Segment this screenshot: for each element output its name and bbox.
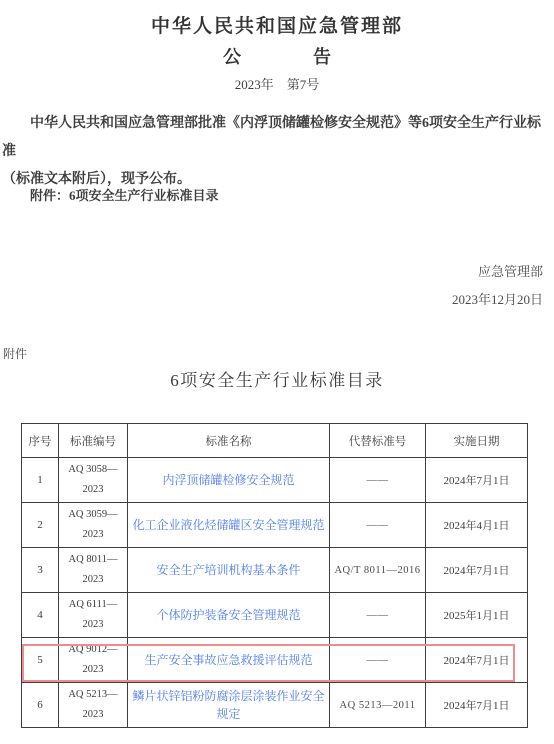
- replaced-standard: AQ/T 8011—2016: [330, 548, 426, 593]
- implementation-date: 2025年1月1日: [426, 593, 528, 638]
- standards-table: 序号 标准编号 标准名称 代替标准号 实施日期 1 AQ 3058— 2023 …: [21, 423, 528, 728]
- table-row-highlighted: 5 AQ 9012— 2023 生产安全事故应急救援评估规范 —— 2024年7…: [22, 638, 528, 683]
- standard-code: AQ 8011— 2023: [59, 548, 128, 593]
- col-header-index: 序号: [22, 424, 59, 458]
- col-header-replaced-standard: 代替标准号: [330, 424, 426, 458]
- row-index: 5: [22, 638, 59, 683]
- attachment-label: 附件: [3, 345, 27, 362]
- table-row: 4 AQ 6111— 2023 个体防护装备安全管理规范 —— 2025年1月1…: [22, 593, 528, 638]
- signature-date: 2023年12月20日: [452, 286, 543, 314]
- table-row: 1 AQ 3058— 2023 内浮顶储罐检修安全规范 —— 2024年7月1日: [22, 458, 528, 503]
- replaced-standard: ——: [330, 638, 426, 683]
- standard-name-link[interactable]: 个体防护装备安全管理规范: [156, 608, 300, 622]
- implementation-date: 2024年7月1日: [426, 548, 528, 593]
- announcement-heading: 公 告: [0, 43, 554, 69]
- row-index: 6: [22, 683, 59, 728]
- row-index: 4: [22, 593, 59, 638]
- replaced-standard: ——: [330, 593, 426, 638]
- col-header-standard-name: 标准名称: [128, 424, 330, 458]
- row-index: 2: [22, 503, 59, 548]
- standard-code: AQ 5213— 2023: [59, 683, 128, 728]
- table-row: 2 AQ 3059— 2023 化工企业液化烃储罐区安全管理规范 —— 2024…: [22, 503, 528, 548]
- col-header-implementation-date: 实施日期: [426, 424, 528, 458]
- implementation-date: 2024年7月1日: [426, 638, 528, 683]
- standard-name-link[interactable]: 鳞片状锌铝粉防腐涂层涂装作业安全规定: [132, 689, 324, 721]
- attachment-reference: 附件：6项安全生产行业标准目录: [30, 185, 219, 204]
- signature-block: 应急管理部 2023年12月20日: [452, 258, 543, 314]
- standard-name-link[interactable]: 安全生产培训机构基本条件: [156, 563, 300, 577]
- table-header-row: 序号 标准编号 标准名称 代替标准号 实施日期: [22, 424, 528, 458]
- table-row: 3 AQ 8011— 2023 安全生产培训机构基本条件 AQ/T 8011—2…: [22, 548, 528, 593]
- row-index: 3: [22, 548, 59, 593]
- document-title: 中华人民共和国应急管理部: [0, 11, 554, 38]
- signature-agency: 应急管理部: [452, 258, 543, 286]
- standard-code: AQ 9012— 2023: [59, 638, 128, 683]
- implementation-date: 2024年7月1日: [426, 683, 528, 728]
- implementation-date: 2024年7月1日: [426, 458, 528, 503]
- row-index: 1: [22, 458, 59, 503]
- replaced-standard: ——: [330, 503, 426, 548]
- replaced-standard: AQ 5213—2011: [330, 683, 426, 728]
- col-header-standard-code: 标准编号: [59, 424, 128, 458]
- body-paragraph: 中华人民共和国应急管理部批准《内浮顶储罐检修安全规范》等6项安全生产行业标准 （…: [2, 110, 542, 194]
- standard-code: AQ 6111— 2023: [59, 593, 128, 638]
- standard-code: AQ 3059— 2023: [59, 503, 128, 548]
- replaced-standard: ——: [330, 458, 426, 503]
- implementation-date: 2024年4月1日: [426, 503, 528, 548]
- standard-name-link[interactable]: 化工企业液化烃储罐区安全管理规范: [132, 518, 324, 532]
- standard-name-link[interactable]: 生产安全事故应急救援评估规范: [144, 653, 312, 667]
- standard-code: AQ 3058— 2023: [59, 458, 128, 503]
- table-title: 6项安全生产行业标准目录: [0, 366, 554, 391]
- table-row: 6 AQ 5213— 2023 鳞片状锌铝粉防腐涂层涂装作业安全规定 AQ 52…: [22, 683, 528, 728]
- standard-name-link[interactable]: 内浮顶储罐检修安全规范: [162, 473, 294, 487]
- announcement-page: 中华人民共和国应急管理部 公 告 2023年 第7号 中华人民共和国应急管理部批…: [0, 0, 554, 744]
- issue-number: 2023年 第7号: [0, 74, 554, 93]
